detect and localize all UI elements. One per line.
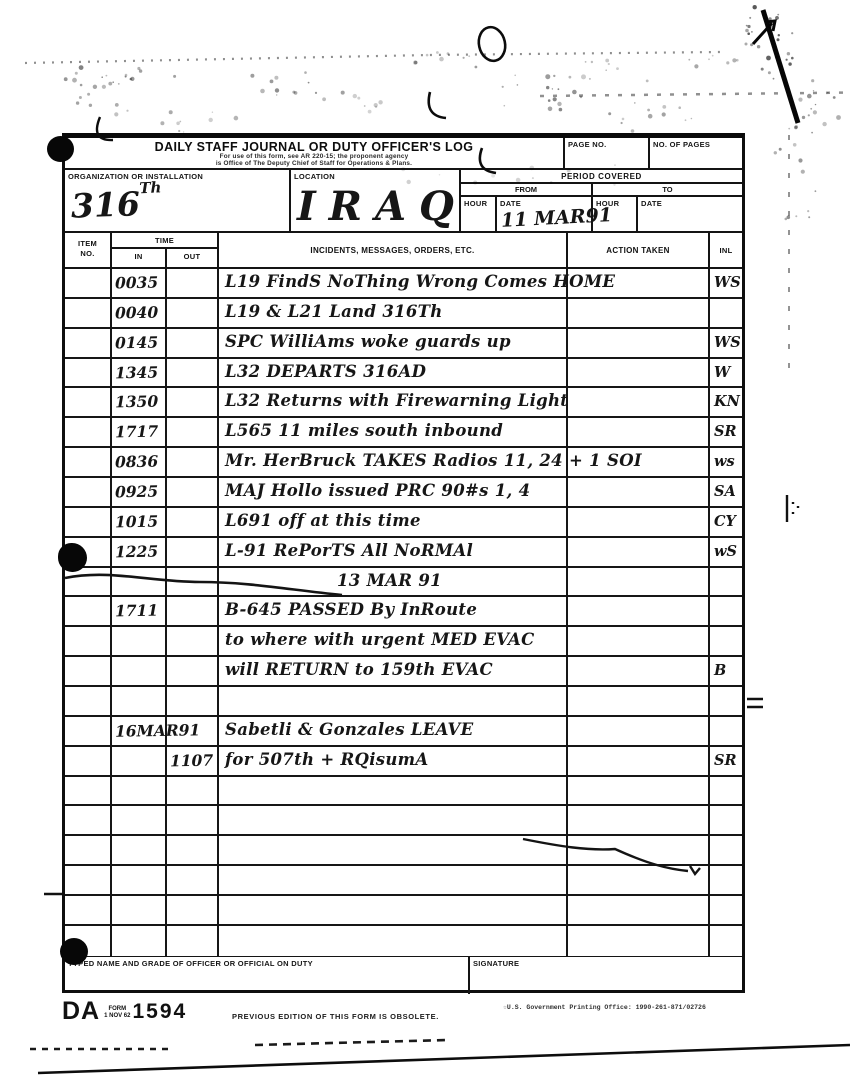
obsolete-note: PREVIOUS EDITION OF THIS FORM IS OBSOLET… [232,1012,439,1021]
cell-time-out [167,657,219,685]
location-label: LOCATION [291,170,459,181]
log-table-body: 0035L19 FindS NoThing Wrong Comes HOMEWS… [65,269,742,956]
cell-action-taken [568,478,710,506]
cell-incidents [219,926,568,956]
cell-action-taken [568,747,710,775]
cell-time-in [112,777,167,805]
signature-band: TYPED NAME AND GRADE OF OFFICER OR OFFIC… [65,956,742,994]
cell-item-no [65,866,112,894]
scanned-document-page: DAILY STAFF JOURNAL OR DUTY OFFICER'S LO… [0,0,850,1080]
cell-initials-value: SA [714,483,736,500]
cell-action-taken [568,299,710,327]
arrow-mark [753,21,775,44]
organization-label: ORGANIZATION OR INSTALLATION [65,170,289,181]
cell-time-in: 0040 [112,299,167,327]
cell-action-taken [568,777,710,805]
cell-time-in [112,657,167,685]
cell-incidents-value: L-91 RePorTS All NoRMAl [225,541,473,560]
log-row: 1107for 507th + RQisumASR [65,747,742,777]
location-cell: LOCATION IRAQ [291,170,461,231]
cell-initials-value: W [714,364,730,381]
cell-incidents-value: L32 DEPARTS 316AD [225,362,426,381]
organization-cell: ORGANIZATION OR INSTALLATION 316Th [65,170,291,231]
cell-action-taken [568,359,710,387]
cell-initials [710,896,742,924]
scan-streak [25,52,720,63]
cell-initials [710,597,742,625]
cell-time-in: 0836 [112,448,167,476]
cell-action-taken [568,508,710,536]
log-row [65,866,742,896]
log-row: 1015L691 off at this timeCY [65,508,742,538]
organization-value: 316Th [70,184,162,226]
da-prefix: DA [62,1000,100,1023]
signature-cell: SIGNATURE [470,957,742,994]
period-hour-date-row: HOUR DATE 11 MAR91 HOUR DATE [461,197,742,231]
cell-incidents-value: will RETURN to 159th EVAC [225,660,493,679]
cell-initials [710,836,742,864]
column-header-time: TIME IN OUT [112,233,219,267]
period-covered-label: PERIOD COVERED [461,170,742,184]
location-value: IRAQ [297,183,467,230]
period-covered-cell: PERIOD COVERED FROM TO HOUR DATE 11 MAR9… [461,170,742,231]
arc-smudge [429,92,446,118]
cell-time-in-value: 1015 [115,512,158,532]
cell-incidents: MAJ Hollo issued PRC 90#s 1, 4 [219,478,568,506]
org-location-band: ORGANIZATION OR INSTALLATION 316Th LOCAT… [65,170,742,233]
cell-time-in-value: 16MAR91 [115,720,201,740]
cell-time-in [112,747,167,775]
cell-time-in-value: 1717 [115,422,158,442]
cell-incidents: L19 & L21 Land 316Th [219,299,568,327]
cell-incidents: 13 MAR 91 [219,568,568,596]
column-header-in: IN [112,249,167,267]
cell-time-in: 1711 [112,597,167,625]
cell-action-taken [568,388,710,416]
cell-initials-value: WS [714,274,741,291]
no-of-pages-cell: NO. OF PAGES [650,138,742,168]
log-row: 1345L32 DEPARTS 316ADW [65,359,742,389]
cell-item-no [65,717,112,745]
cell-action-taken [568,418,710,446]
cell-initials [710,926,742,956]
cell-time-in [112,836,167,864]
cell-time-out [167,896,219,924]
log-row: 0836Mr. HerBruck TAKES Radios 11, 24 + 1… [65,448,742,478]
cell-initials [710,627,742,655]
cell-incidents: SPC WilliAms woke guards up [219,329,568,357]
cell-time-in: 1225 [112,538,167,566]
bottom-dashed-line [255,1040,448,1045]
cell-incidents-value: to where with urgent MED EVAC [225,630,535,649]
cell-item-no [65,777,112,805]
cell-action-taken [568,568,710,596]
pen-stroke [763,10,798,123]
cell-time-in [112,568,167,596]
log-row: 0040L19 & L21 Land 316Th [65,299,742,329]
cell-time-in: 0925 [112,478,167,506]
cell-item-no [65,627,112,655]
form-edition: FORM1 NOV 62 [104,1006,130,1020]
cell-item-no [65,269,112,297]
cell-item-no [65,508,112,536]
cell-incidents [219,896,568,924]
cell-time-out [167,866,219,894]
cell-initials-value: B [714,662,726,679]
cell-incidents: Mr. HerBruck TAKES Radios 11, 24 + 1 SOI [219,448,568,476]
cell-incidents: L565 11 miles south inbound [219,418,568,446]
cell-initials [710,717,742,745]
cell-action-taken [568,926,710,956]
cell-time-in: 1015 [112,508,167,536]
cell-incidents: will RETURN to 159th EVAC [219,657,568,685]
column-header-action-taken: ACTION TAKEN [568,233,710,267]
cell-incidents-value: L691 off at this time [225,511,421,530]
cell-initials [710,806,742,834]
no-of-pages-label: NO. OF PAGES [650,138,742,149]
cell-time-out [167,806,219,834]
log-row [65,836,742,866]
cell-action-taken [568,627,710,655]
cell-action-taken [568,717,710,745]
cell-initials: KN [710,388,742,416]
cell-time-out [167,777,219,805]
cell-time-in [112,627,167,655]
cell-incidents-value: 13 MAR 91 [337,571,442,590]
cell-time-out [167,359,219,387]
cell-time-out [167,836,219,864]
cell-action-taken [568,687,710,715]
column-header-incidents: INCIDENTS, MESSAGES, ORDERS, ETC. [219,233,568,267]
cell-initials [710,866,742,894]
cell-time-out [167,687,219,715]
to-date-cell: DATE [638,197,742,231]
cell-initials: W [710,359,742,387]
cell-item-no [65,836,112,864]
cell-time-in [112,806,167,834]
cell-incidents [219,866,568,894]
log-row: 1717L565 11 miles south inboundSR [65,418,742,448]
log-row [65,687,742,717]
cell-initials [710,568,742,596]
cell-initials: B [710,657,742,685]
cell-incidents-value: B-645 PASSED By InRoute [225,600,477,619]
log-row: 1711B-645 PASSED By InRoute [65,597,742,627]
log-row [65,777,742,807]
cell-time-in-value: 0836 [115,452,158,472]
cell-initials: ws [710,448,742,476]
column-header-inl: INL [710,233,742,267]
cell-time-in-value: 0145 [115,332,158,352]
log-row [65,896,742,926]
log-row: 16MAR91Sabetli & Gonzales LEAVE [65,717,742,747]
cell-initials: WS [710,329,742,357]
form-subtitle-line2: is Office of The Deputy Chief of Staff f… [65,161,563,168]
log-row: 0925MAJ Hollo issued PRC 90#s 1, 4SA [65,478,742,508]
cell-initials: SR [710,747,742,775]
cell-incidents-value: L565 11 miles south inbound [225,421,503,440]
cell-incidents [219,806,568,834]
signature-label: SIGNATURE [470,957,742,968]
punch-hole [58,543,87,572]
cell-incidents-value: L32 Returns with Firewarning Light [225,391,568,410]
da-form-1594: DAILY STAFF JOURNAL OR DUTY OFFICER'S LO… [62,133,745,993]
from-date-cell: DATE 11 MAR91 [497,197,593,231]
log-row: will RETURN to 159th EVACB [65,657,742,687]
scan-streak [540,92,850,96]
period-to-label: TO [593,184,742,195]
margin-dashes [747,699,763,707]
cell-initials: SR [710,418,742,446]
cell-time-out [167,269,219,297]
page-no-label: PAGE NO. [565,138,648,149]
log-row: to where with urgent MED EVAC [65,627,742,657]
cell-incidents-value: L19 FindS NoThing Wrong Comes HOME [225,272,615,291]
cell-incidents: Sabetli & Gonzales LEAVE [219,717,568,745]
cell-time-in-value: 0035 [115,273,158,293]
cell-initials-value: SR [714,752,737,769]
cell-initials-value: SR [714,423,737,440]
cell-incidents-value: Mr. HerBruck TAKES Radios 11, 24 + 1 SOI [225,451,642,470]
cell-time-in: 0035 [112,269,167,297]
cell-incidents: L19 FindS NoThing Wrong Comes HOME [219,269,568,297]
cell-time-in: 16MAR91 [112,717,167,745]
cell-incidents: to where with urgent MED EVAC [219,627,568,655]
cell-initials: CY [710,508,742,536]
cell-action-taken [568,538,710,566]
cell-time-out-value: 1107 [170,750,213,770]
cell-item-no [65,388,112,416]
cell-time-out [167,538,219,566]
cell-incidents: L32 DEPARTS 316AD [219,359,568,387]
column-header-out: OUT [167,249,217,267]
cell-initials [710,299,742,327]
form-number: 1594 [132,1001,187,1022]
period-from-label: FROM [461,184,593,195]
cell-time-in-value: 1350 [115,392,158,412]
cell-initials [710,687,742,715]
page-no-cell: PAGE NO. [565,138,650,168]
cell-incidents-value: SPC WilliAms woke guards up [225,332,511,351]
cell-time-out [167,329,219,357]
cell-time-in-value: 1225 [115,541,158,561]
cell-initials-value: WS [714,334,741,351]
cell-time-in-value: 1711 [115,601,158,621]
log-row: 1225L-91 RePorTS All NoRMAlwS [65,538,742,568]
form-title: DAILY STAFF JOURNAL OR DUTY OFFICER'S LO… [65,140,563,154]
log-row: 1350L32 Returns with Firewarning LightKN [65,388,742,418]
cell-time-out [167,388,219,416]
punch-hole [47,136,74,162]
cell-item-no [65,299,112,327]
log-row: 0035L19 FindS NoThing Wrong Comes HOMEWS [65,269,742,299]
cell-action-taken [568,896,710,924]
page-edge-line [38,1045,850,1073]
form-title-cell: DAILY STAFF JOURNAL OR DUTY OFFICER'S LO… [65,138,565,168]
typed-name-cell: TYPED NAME AND GRADE OF OFFICER OR OFFIC… [65,957,470,994]
log-table-header: ITEMNO. TIME IN OUT INCIDENTS, MESSAGES,… [65,233,742,269]
punch-hole [60,938,88,965]
cell-time-out [167,568,219,596]
cell-time-in [112,687,167,715]
cell-item-no [65,687,112,715]
cell-time-out [167,508,219,536]
cell-time-out [167,299,219,327]
cell-incidents [219,777,568,805]
cell-time-in [112,896,167,924]
cell-initials-value: wS [714,543,737,560]
period-from-to-row: FROM TO [461,184,742,197]
cell-time-in-value: 1345 [115,362,158,382]
cell-time-out [167,597,219,625]
to-date-label: DATE [638,197,742,208]
cell-incidents: B-645 PASSED By InRoute [219,597,568,625]
log-row [65,926,742,956]
cell-item-no [65,896,112,924]
cell-time-in: 0145 [112,329,167,357]
cell-time-out [167,448,219,476]
cell-initials: SA [710,478,742,506]
cell-initials-value: CY [714,513,736,530]
cell-time-in: 1717 [112,418,167,446]
cell-time-in-value: 0040 [115,302,158,322]
cell-incidents-value: for 507th + RQisumA [225,750,429,769]
cell-time-out [167,926,219,956]
cell-item-no [65,478,112,506]
column-header-item-no: ITEMNO. [65,233,112,267]
cell-time-in-value: 0925 [115,482,158,502]
cell-incidents [219,687,568,715]
circular-smudge [476,25,509,64]
cell-time-out [167,627,219,655]
cell-item-no [65,597,112,625]
typed-name-label: TYPED NAME AND GRADE OF OFFICER OR OFFIC… [65,957,468,968]
cell-action-taken [568,329,710,357]
cell-item-no [65,359,112,387]
cell-initials-value: KN [714,393,740,410]
form-title-band: DAILY STAFF JOURNAL OR DUTY OFFICER'S LO… [65,138,742,170]
cell-initials: WS [710,269,742,297]
cell-item-no [65,329,112,357]
cell-action-taken [568,836,710,864]
cell-item-no [65,747,112,775]
cell-item-no [65,448,112,476]
cell-action-taken [568,806,710,834]
cell-initials-value: ws [714,453,735,470]
cell-incidents-value: L19 & L21 Land 316Th [225,302,443,321]
cell-item-no [65,657,112,685]
cell-time-out: 1107 [167,747,219,775]
cell-action-taken [568,597,710,625]
cell-initials [710,777,742,805]
cell-time-in [112,866,167,894]
margin-mark [787,495,798,522]
log-row: 0145SPC WilliAms woke guards upWS [65,329,742,359]
cell-incidents [219,836,568,864]
cell-incidents-value: Sabetli & Gonzales LEAVE [225,720,474,739]
cell-incidents-value: MAJ Hollo issued PRC 90#s 1, 4 [225,481,530,500]
cell-item-no [65,418,112,446]
cell-time-out [167,418,219,446]
cell-initials: wS [710,538,742,566]
cell-incidents: for 507th + RQisumA [219,747,568,775]
gpo-print-line: ☆U.S. Government Printing Office: 1990-2… [503,1003,706,1011]
cell-incidents: L32 Returns with Firewarning Light [219,388,568,416]
cell-time-in: 1350 [112,388,167,416]
cell-action-taken [568,866,710,894]
cell-incidents: L-91 RePorTS All NoRMAl [219,538,568,566]
log-row [65,806,742,836]
cell-time-in: 1345 [112,359,167,387]
cell-item-no [65,806,112,834]
log-row: 13 MAR 91 [65,568,742,598]
cell-time-out [167,478,219,506]
form-number-block: DA FORM1 NOV 62 1594 [62,1000,187,1023]
cell-action-taken [568,657,710,685]
cell-incidents: L691 off at this time [219,508,568,536]
cell-time-in [112,926,167,956]
